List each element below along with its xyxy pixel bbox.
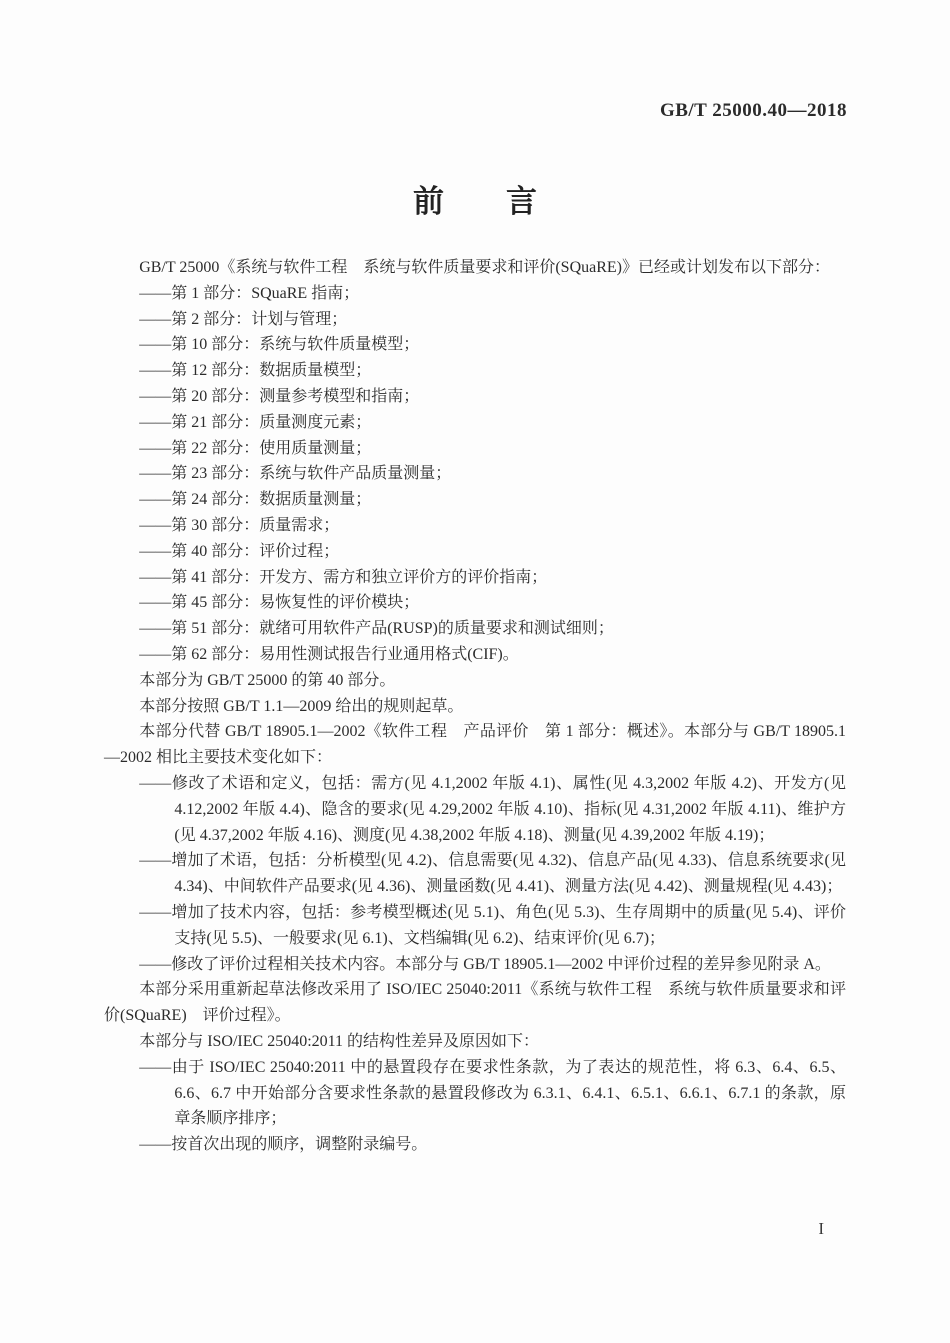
structural-difference-item: ——由于 ISO/IEC 25040:2011 中的悬置段存在要求性条款，为了表… — [104, 1055, 846, 1132]
page-number: I — [818, 1219, 824, 1239]
parts-list-item: ——第 62 部分：易用性测试报告行业通用格式(CIF)。 — [104, 642, 846, 668]
parts-list-item: ——第 21 部分：质量测度元素； — [104, 410, 846, 436]
parts-list-item: ——第 24 部分：数据质量测量； — [104, 487, 846, 513]
standard-number: GB/T 25000.40—2018 — [660, 100, 847, 122]
adoption-paragraph: 本部分采用重新起草法修改采用了 ISO/IEC 25040:2011《系统与软件… — [104, 977, 846, 1029]
parts-list-item: ——第 20 部分：测量参考模型和指南； — [104, 384, 846, 410]
parts-list-item: ——第 45 部分：易恢复性的评价模块； — [104, 590, 846, 616]
document-title: 前 言 — [0, 176, 950, 221]
drafting-rules-paragraph: 本部分按照 GB/T 1.1—2009 给出的规则起草。 — [104, 694, 846, 720]
parts-list-item: ——第 40 部分：评价过程； — [104, 539, 846, 565]
document-body: GB/T 25000《系统与软件工程 系统与软件质量要求和评价(SQuaRE)》… — [104, 255, 846, 1158]
replacement-paragraph: 本部分代替 GB/T 18905.1—2002《软件工程 产品评价 第 1 部分… — [104, 719, 846, 771]
parts-list-item: ——第 41 部分：开发方、需方和独立评价方的评价指南； — [104, 565, 846, 591]
parts-list-item: ——第 51 部分：就绪可用软件产品(RUSP)的质量要求和测试细则； — [104, 616, 846, 642]
technical-change-item: ——修改了术语和定义，包括：需方(见 4.1,2002 年版 4.1)、属性(见… — [104, 771, 846, 848]
structural-difference-item: ——按首次出现的顺序，调整附录编号。 — [104, 1132, 846, 1158]
technical-change-item: ——修改了评价过程相关技术内容。本部分与 GB/T 18905.1—2002 中… — [104, 952, 846, 978]
parts-list-item: ——第 1 部分：SQuaRE 指南； — [104, 281, 846, 307]
foreword-intro-paragraph: GB/T 25000《系统与软件工程 系统与软件质量要求和评价(SQuaRE)》… — [104, 255, 846, 281]
parts-list-item: ——第 30 部分：质量需求； — [104, 513, 846, 539]
structural-differences-paragraph: 本部分与 ISO/IEC 25040:2011 的结构性差异及原因如下： — [104, 1029, 846, 1055]
technical-change-item: ——增加了术语，包括：分析模型(见 4.2)、信息需要(见 4.32)、信息产品… — [104, 848, 846, 900]
parts-list-item: ——第 10 部分：系统与软件质量模型； — [104, 332, 846, 358]
parts-list-item: ——第 23 部分：系统与软件产品质量测量； — [104, 461, 846, 487]
parts-list-item: ——第 22 部分：使用质量测量； — [104, 436, 846, 462]
part-statement-paragraph: 本部分为 GB/T 25000 的第 40 部分。 — [104, 668, 846, 694]
technical-change-item: ——增加了技术内容，包括：参考模型概述(见 5.1)、角色(见 5.3)、生存周… — [104, 900, 846, 952]
parts-list-item: ——第 2 部分：计划与管理； — [104, 307, 846, 333]
parts-list-item: ——第 12 部分：数据质量模型； — [104, 358, 846, 384]
document-page: GB/T 25000.40—2018 前 言 GB/T 25000《系统与软件工… — [0, 0, 950, 1343]
